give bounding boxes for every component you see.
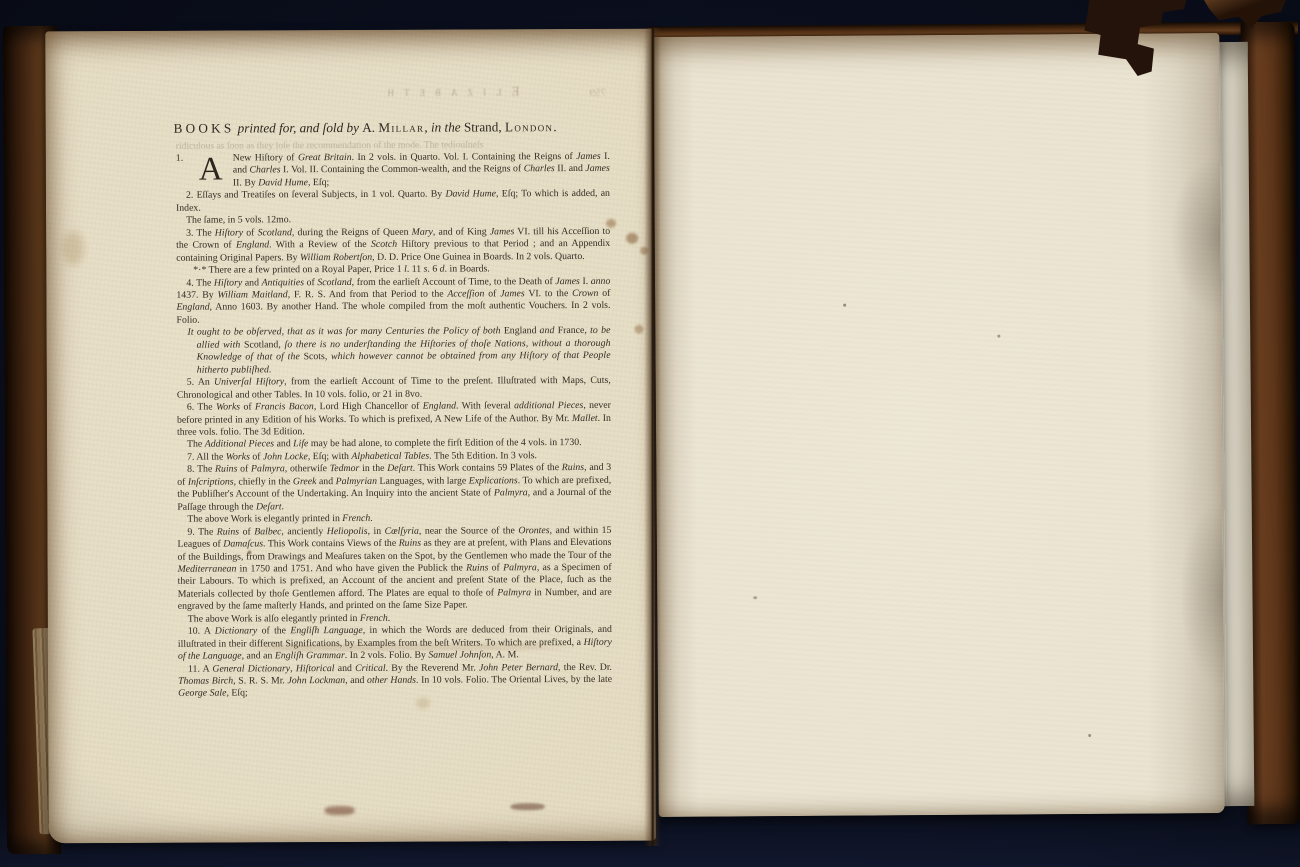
- text-segment: James: [555, 276, 580, 287]
- entry-9: 9. The Ruins of Balbec, anciently Heliop…: [177, 524, 611, 613]
- text-segment: It ought to be obſerved, that as it was …: [188, 326, 504, 338]
- book-list: 1.ANew Hiſtory of Great Britain. In 2 vo…: [176, 151, 612, 701]
- text-segment: Deſart: [387, 463, 413, 474]
- text-segment: . In 10 vols. Folio. The Oriental Lives,…: [416, 674, 612, 686]
- ghost-smudge: [244, 643, 574, 651]
- text-segment: . With a Review of the: [269, 239, 371, 250]
- text-segment: Greek: [293, 476, 317, 487]
- text-segment: .: [553, 119, 556, 134]
- text-segment: New Hiſtory of: [233, 152, 298, 163]
- entry-11: 11. A General Dictionary, Hiſtorical and…: [178, 661, 612, 700]
- text-segment: Damaſcus: [223, 538, 263, 549]
- text-segment: George Sale: [178, 688, 226, 699]
- text-segment: William Robertſon: [300, 252, 372, 263]
- text-segment: The ſame, in 5 vols. 12mo.: [186, 215, 291, 226]
- text-segment: . This Work contains Views of the: [263, 538, 399, 550]
- text-segment: James: [576, 151, 601, 162]
- paper-fleck: [843, 304, 846, 307]
- right-page-blank: [653, 33, 1224, 817]
- text-segment: Hiſtory: [215, 227, 243, 238]
- text-segment: and: [316, 476, 335, 487]
- text-segment: London: [505, 119, 553, 134]
- paper-fleck: [1088, 734, 1091, 737]
- ghost-page-number: 759: [589, 87, 606, 99]
- text-segment: Works: [216, 402, 240, 413]
- text-segment: and: [334, 663, 355, 674]
- text-segment: John Peter Bernard: [479, 662, 558, 673]
- text-segment: Explications: [469, 475, 518, 486]
- text-segment: *·* There are a few printed on a Royal P…: [193, 264, 404, 276]
- text-segment: Balbec: [254, 526, 281, 537]
- text-segment: . This Work contains 59 Plates of the: [413, 462, 562, 474]
- text-segment: 4. The: [186, 277, 214, 288]
- text-segment: Additional Pieces: [205, 439, 274, 450]
- text-segment: 6. The: [187, 402, 216, 413]
- text-segment: Univerſal Hiſtory: [214, 376, 284, 387]
- text-segment: Palmyra: [497, 587, 531, 598]
- page-header: BOOKS printed for, and ſold by A. Millar…: [174, 119, 614, 137]
- text-segment: 1437. By: [176, 290, 217, 301]
- text-segment: Charles: [524, 164, 555, 175]
- text-segment: , and of King: [433, 226, 490, 237]
- text-segment: Charles: [249, 165, 280, 176]
- entry-5: 5. An Univerſal Hiſtory, from the earlie…: [177, 375, 611, 402]
- text-segment: VI. to the: [525, 288, 572, 299]
- text-segment: Ruins: [217, 526, 239, 537]
- deckle-edge-shadow: [1143, 33, 1224, 814]
- text-segment: French: [342, 513, 370, 524]
- text-segment: James: [490, 226, 515, 237]
- text-segment: Cœlſyria: [385, 525, 419, 536]
- text-segment: The above Work is elegantly printed in: [187, 513, 342, 525]
- text-segment: James: [500, 288, 525, 299]
- text-segment: , from the earlieſt Account of Time, to …: [352, 276, 556, 288]
- text-segment: Orontes: [518, 525, 549, 536]
- text-segment: .: [370, 513, 373, 524]
- text-segment: . 6: [427, 264, 439, 275]
- text-segment: in the: [431, 120, 464, 135]
- text-segment: James: [585, 163, 610, 174]
- text-segment: Francis Bacon: [255, 401, 314, 412]
- text-segment: Mediterranean: [178, 563, 237, 574]
- text-segment: , A. M.: [491, 649, 519, 660]
- text-segment: Ruins: [562, 462, 584, 473]
- entry-1: 1.ANew Hiſtory of Great Britain. In 2 vo…: [176, 151, 610, 190]
- text-segment: of: [484, 288, 500, 299]
- text-segment: , Eſq;: [308, 177, 329, 188]
- text-segment: 7. All the: [187, 451, 226, 462]
- entry-8: 8. The Ruins of Palmyra, otherwiſe Tedmo…: [177, 462, 611, 514]
- text-segment: Mary: [412, 226, 433, 237]
- text-segment: 9. The: [187, 526, 216, 537]
- text-segment: , Eſq; with: [308, 451, 352, 462]
- text-segment: England: [423, 401, 456, 412]
- text-segment: 3. The: [186, 227, 215, 238]
- text-segment: of: [239, 526, 254, 537]
- text-segment: England: [504, 326, 540, 337]
- text-segment: of: [304, 277, 317, 288]
- text-segment: , Lord High Chancellor of: [314, 401, 423, 412]
- text-segment: , near the Source of the: [419, 525, 519, 536]
- text-segment: Scotland: [317, 277, 351, 288]
- text-segment: , otherwiſe: [285, 463, 330, 474]
- text-segment: II. and: [555, 163, 586, 174]
- text-segment: , S. R. S. Mr.: [233, 675, 287, 686]
- text-segment: Crown: [572, 288, 598, 299]
- text-segment: of: [240, 401, 255, 412]
- text-segment: 10. A: [188, 626, 215, 637]
- text-segment: II. By: [233, 177, 258, 188]
- text-segment: in the: [359, 463, 387, 474]
- entry-3: 3. The Hiſtory of Scotland, during the R…: [176, 226, 610, 265]
- text-segment: may be had alone, to complete the firſt …: [308, 437, 581, 449]
- text-segment: Antiquities: [262, 277, 305, 288]
- foxing-stain: [62, 231, 84, 265]
- text-segment: Strand,: [464, 119, 505, 134]
- text-segment: Palmyrian: [336, 476, 377, 487]
- text-segment: England: [236, 240, 269, 251]
- text-segment: , and an: [242, 650, 275, 661]
- text-segment: Ruins: [466, 562, 488, 573]
- text-segment: , during the Reigns of Queen: [292, 226, 412, 238]
- text-segment: The: [187, 439, 205, 450]
- foxing-stain: [325, 806, 355, 815]
- ghost-running-head: Elizabeth: [323, 83, 573, 100]
- paper-fleck: [997, 335, 1000, 338]
- item-number: 1.: [176, 153, 193, 165]
- text-segment: anno: [591, 275, 611, 286]
- text-segment: , F. R. S. And from that Period to the: [288, 289, 448, 301]
- photo-background: Elizabeth 759 BOOKS printed for, and ſol…: [0, 0, 1300, 867]
- text-segment: 8. The: [187, 464, 215, 475]
- paper-fleck: [753, 596, 757, 599]
- text-segment: Hiſtorical: [296, 663, 335, 674]
- text-segment: The above Work is alſo elegantly printed…: [188, 613, 360, 625]
- text-segment: , Eſq;: [226, 688, 247, 699]
- text-segment: A.: [362, 120, 378, 135]
- text-segment: I. Vol. II. Containing the Common-wealth…: [281, 164, 524, 176]
- text-segment: Scots: [304, 351, 325, 362]
- text-segment: Languages, with large: [377, 475, 469, 486]
- text-segment: Alphabetical Tables: [351, 451, 429, 462]
- text-segment: of: [250, 451, 263, 462]
- text-segment: Life: [293, 439, 308, 450]
- text-segment: David Hume: [258, 177, 308, 188]
- text-segment: Ruins: [215, 464, 237, 475]
- text-segment: of the: [257, 625, 290, 636]
- foxing-stain: [635, 325, 644, 334]
- text-segment: Tedmor: [330, 463, 360, 474]
- text-segment: BOOKS: [174, 121, 235, 136]
- text-segment: of: [488, 562, 503, 573]
- drop-cap: A: [193, 153, 233, 190]
- text-segment: other Hands: [367, 675, 416, 686]
- text-segment: John Locke: [263, 451, 308, 462]
- text-segment: of: [598, 288, 610, 299]
- text-segment: Scotch: [371, 239, 397, 250]
- text-segment: Engliſh Grammar: [275, 650, 345, 661]
- entry-4-observation: It ought to be obſerved, that as it was …: [177, 325, 611, 377]
- foxing-stain: [626, 233, 638, 244]
- text-segment: , in: [368, 525, 385, 536]
- text-segment: . By the Reverend Mr.: [386, 662, 479, 673]
- text-segment: Palmyra: [503, 562, 537, 573]
- text-segment: and: [242, 277, 261, 288]
- text-segment: Acceſſion: [447, 288, 484, 299]
- text-segment: France: [558, 325, 585, 336]
- text-segment: Millar: [378, 120, 424, 135]
- text-segment: . With ſeveral: [456, 400, 514, 411]
- text-segment: , chiefly in the: [234, 476, 293, 487]
- text-segment: Great Britain: [298, 152, 352, 163]
- text-segment: Samuel Johnſon: [428, 650, 491, 661]
- text-segment: England: [176, 302, 209, 313]
- text-segment: .: [388, 613, 391, 624]
- entry-6-addition: The Additional Pieces and Life may be ha…: [177, 437, 611, 451]
- text-segment: , D. D. Price One Guinea in Boards. In 2…: [372, 251, 585, 263]
- text-segment: , Anno 1603. By another Hand. The whole …: [176, 300, 610, 325]
- entry-6: 6. The Works of Francis Bacon, Lord High…: [177, 400, 611, 439]
- text-segment: William Maitland: [217, 289, 287, 300]
- text-segment: . In 2 vols. Folio. By: [345, 650, 429, 661]
- text-segment: , anciently: [281, 526, 326, 537]
- text-segment: Hiſtory: [214, 277, 242, 288]
- text-segment: Palmyra: [494, 487, 528, 498]
- text-segment: Thomas Birch: [178, 676, 233, 687]
- entry-4: 4. The Hiſtory and Antiquities of Scotla…: [176, 275, 610, 327]
- text-segment: , and: [345, 675, 367, 686]
- text-segment: and: [540, 325, 558, 336]
- text-segment: 11. A: [188, 663, 212, 674]
- ghost-showthrough-line: ridiculous as ſoon as they loſe the reco…: [176, 139, 612, 152]
- text-segment: Inſcriptions: [188, 476, 234, 487]
- text-segment: 2. Eſſays and Treatiſes on ſeveral Subje…: [186, 189, 446, 201]
- text-segment: of: [243, 227, 258, 238]
- text-segment: , the Rev. Dr.: [558, 661, 612, 672]
- text-segment: . In 2 vols. in Quarto. Vol. I. Containi…: [352, 151, 577, 163]
- text-segment: Works: [226, 451, 250, 462]
- book-gutter: [644, 28, 661, 846]
- foxing-stain: [511, 803, 545, 810]
- text-segment: Scotland: [258, 227, 292, 238]
- text-segment: Dictionary: [215, 626, 258, 637]
- text-segment: David Hume: [445, 189, 496, 200]
- text-segment: and: [274, 439, 293, 450]
- text-segment: Ruins: [399, 538, 421, 549]
- text-segment: John Lockman: [288, 675, 346, 686]
- text-segment: General Dictionary: [212, 663, 290, 674]
- text-segment: Mallet: [572, 412, 598, 423]
- text-segment: 5. An: [187, 377, 214, 388]
- text-segment: Heliopolis: [327, 526, 368, 537]
- text-segment: . 11: [407, 264, 424, 275]
- text-segment: I.: [580, 275, 591, 286]
- text-segment: Critical: [355, 662, 386, 673]
- text-segment: additional Pieces: [514, 400, 583, 411]
- text-segment: Palmyra: [251, 464, 285, 475]
- entry-2: 2. Eſſays and Treatiſes on ſeveral Subje…: [176, 188, 610, 215]
- text-segment: .: [282, 501, 285, 512]
- text-segment: Deſart: [256, 501, 282, 512]
- left-page: Elizabeth 759 BOOKS printed for, and ſol…: [45, 29, 656, 844]
- text-segment: . The 5th Edition. In 3 vols.: [429, 450, 537, 461]
- text-segment: Scotland: [244, 339, 278, 350]
- text-segment: . in Boards.: [445, 263, 490, 274]
- text-segment: Engliſh Language: [290, 625, 362, 636]
- text-segment: of: [237, 464, 251, 475]
- text-segment: in 1750 and 1751. And who have given the…: [236, 562, 466, 574]
- text-segment: printed for, and ſold by: [234, 120, 362, 136]
- text-segment: French: [360, 613, 388, 624]
